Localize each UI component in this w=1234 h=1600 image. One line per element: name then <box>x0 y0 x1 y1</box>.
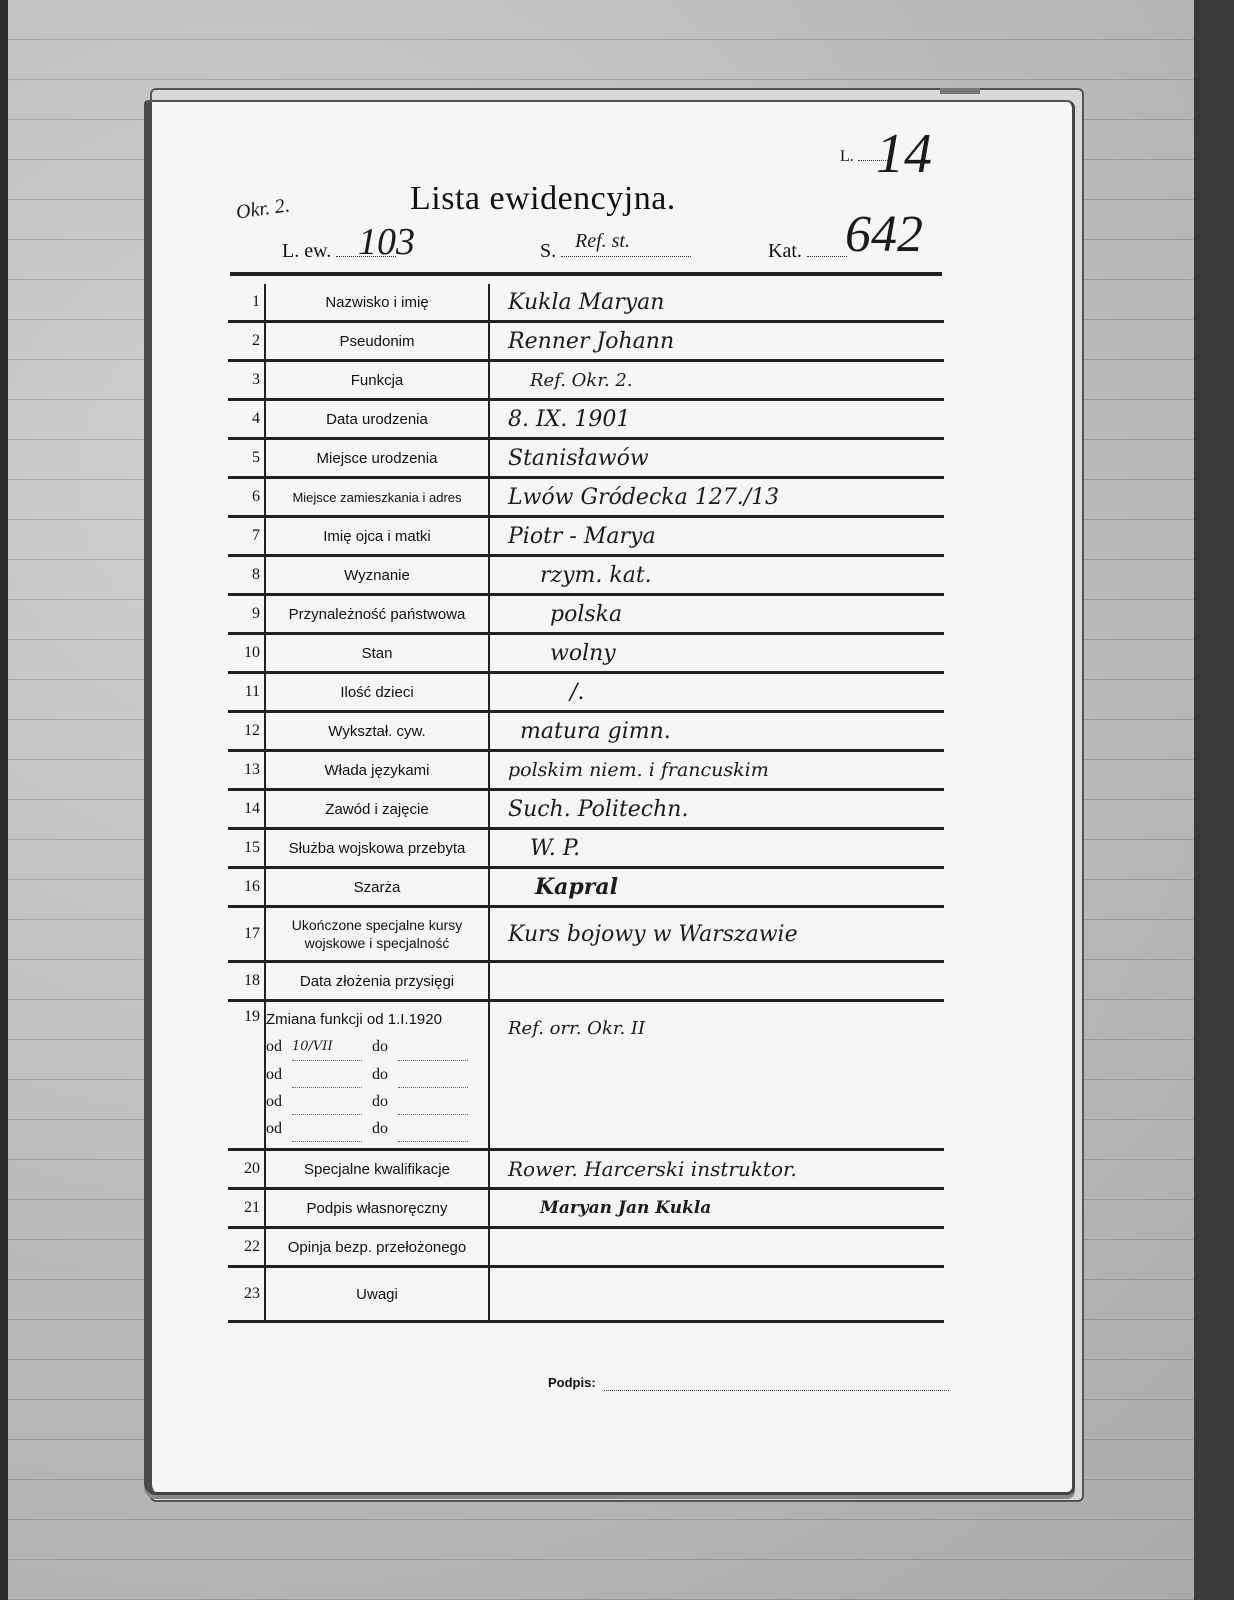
row-number: 9 <box>228 595 265 634</box>
row-number: 20 <box>228 1150 265 1189</box>
table-row: 17 Ukończone specjalne kursy wojskowe i … <box>228 907 944 962</box>
do-value <box>398 1061 468 1088</box>
row-value: Ref. orr. Okr. II <box>489 1001 944 1150</box>
row-number: 14 <box>228 790 265 829</box>
row-number: 21 <box>228 1189 265 1228</box>
row-number: 7 <box>228 517 265 556</box>
do-label: do <box>372 1088 388 1115</box>
table-row: 22 Opinja bezp. przełożonego <box>228 1228 944 1267</box>
table-row: 6 Miejsce zamieszkania i adres Lwów Gród… <box>228 478 944 517</box>
scan-edge-left <box>0 0 8 1600</box>
row-value: Rower. Harcerski instruktor. <box>489 1150 944 1189</box>
row-label: Imię ojca i matki <box>265 517 489 556</box>
row-value: Kurs bojowy w Warszawie <box>489 907 944 962</box>
row-value: /. <box>489 673 944 712</box>
row-number: 1 <box>228 284 265 322</box>
table-row: 23 Uwagi <box>228 1267 944 1322</box>
row-number: 5 <box>228 439 265 478</box>
table-row: 10 Stan wolny <box>228 634 944 673</box>
footer-signature-label: Podpis: <box>548 1375 596 1390</box>
scan-edge-right <box>1194 0 1234 1600</box>
row-label: Ilość dzieci <box>265 673 489 712</box>
kat-field: Kat. <box>768 240 847 263</box>
row-value: wolny <box>489 634 944 673</box>
row-number: 22 <box>228 1228 265 1267</box>
row-label: Funkcja <box>265 361 489 400</box>
table-row: 2 Pseudonim Renner Johann <box>228 322 944 361</box>
row-value: polska <box>489 595 944 634</box>
function-change-cell: Zmiana funkcji od 1.I.1920 od 10/VII do … <box>265 1001 489 1150</box>
row-number: 10 <box>228 634 265 673</box>
od-value <box>292 1115 362 1142</box>
row-label: Miejsce zamieszkania i adres <box>265 478 489 517</box>
row-label: Wykształ. cyw. <box>265 712 489 751</box>
registration-form-table: 1 Nazwisko i imię Kukla Maryan 2 Pseudon… <box>228 284 944 1323</box>
row-label: Podpis własnoręczny <box>265 1189 489 1228</box>
period-row: od do <box>266 1088 488 1115</box>
od-value <box>292 1088 362 1115</box>
od-label: od <box>266 1033 282 1061</box>
row-label: Służba wojskowa przebyta <box>265 829 489 868</box>
row-value <box>489 1267 944 1322</box>
row-label: Szarża <box>265 868 489 907</box>
row-label: Data złożenia przysięgi <box>265 962 489 1001</box>
row-label: Zmiana funkcji od 1.I.1920 <box>266 1006 488 1033</box>
row-number: 2 <box>228 322 265 361</box>
table-row: 1 Nazwisko i imię Kukla Maryan <box>228 284 944 322</box>
s-label: S. <box>540 240 556 262</box>
table-row: 8 Wyznanie rzym. kat. <box>228 556 944 595</box>
do-value <box>398 1088 468 1115</box>
row-value: Lwów Gródecka 127./13 <box>489 478 944 517</box>
row-value: rzym. kat. <box>489 556 944 595</box>
row-value: polskim niem. i francuskim <box>489 751 944 790</box>
row-number: 23 <box>228 1267 265 1322</box>
row-number: 6 <box>228 478 265 517</box>
row-number: 18 <box>228 962 265 1001</box>
row-label: Ukończone specjalne kursy wojskowe i spe… <box>265 907 489 962</box>
row-number: 17 <box>228 907 265 962</box>
header-rule <box>230 272 942 276</box>
kat-value: 642 <box>845 205 923 264</box>
row-label: Data urodzenia <box>265 400 489 439</box>
row-number: 11 <box>228 673 265 712</box>
row-value <box>489 1228 944 1267</box>
row-value: Piotr - Marya <box>489 517 944 556</box>
lew-value: 103 <box>358 220 415 264</box>
row-label: Opinja bezp. przełożonego <box>265 1228 489 1267</box>
row-label: Nazwisko i imię <box>265 284 489 322</box>
table-row: 14 Zawód i zajęcie Such. Politechn. <box>228 790 944 829</box>
period-row: od do <box>266 1115 488 1142</box>
row-number: 12 <box>228 712 265 751</box>
row-label: Stan <box>265 634 489 673</box>
table-row: 16 Szarża Kapral <box>228 868 944 907</box>
kat-label: Kat. <box>768 240 802 262</box>
table-row: 20 Specjalne kwalifikacje Rower. Harcers… <box>228 1150 944 1189</box>
row-value: Renner Johann <box>489 322 944 361</box>
row-number: 16 <box>228 868 265 907</box>
od-label: od <box>266 1061 282 1088</box>
s-value: Ref. st. <box>575 230 630 253</box>
table-row: 3 Funkcja Ref. Okr. 2. <box>228 361 944 400</box>
od-value: 10/VII <box>292 1033 362 1061</box>
do-label: do <box>372 1033 388 1061</box>
table-row: 19 Zmiana funkcji od 1.I.1920 od 10/VII … <box>228 1001 944 1150</box>
signature-value: Maryan Jan Kukla <box>489 1189 944 1228</box>
footer-signature-line <box>604 1390 949 1391</box>
row-label: Włada językami <box>265 751 489 790</box>
table-row: 13 Włada językami polskim niem. i francu… <box>228 751 944 790</box>
row-label: Zawód i zajęcie <box>265 790 489 829</box>
row-label: Wyznanie <box>265 556 489 595</box>
do-label: do <box>372 1115 388 1142</box>
row-number: 13 <box>228 751 265 790</box>
folder-tab <box>940 88 980 94</box>
row-value: 8. IX. 1901 <box>489 400 944 439</box>
table-row: 11 Ilość dzieci /. <box>228 673 944 712</box>
row-number: 4 <box>228 400 265 439</box>
l-label: L. <box>840 148 854 165</box>
row-value: Ref. Okr. 2. <box>489 361 944 400</box>
row-value: Such. Politechn. <box>489 790 944 829</box>
row-value: Kukla Maryan <box>489 284 944 322</box>
row-value: W. P. <box>489 829 944 868</box>
row-label: Specjalne kwalifikacje <box>265 1150 489 1189</box>
document-title: Lista ewidencyjna. <box>410 180 676 218</box>
row-value: matura gimn. <box>489 712 944 751</box>
table-row: 5 Miejsce urodzenia Stanisławów <box>228 439 944 478</box>
row-value: Stanisławów <box>489 439 944 478</box>
period-row: od do <box>266 1061 488 1088</box>
l-value: 14 <box>876 122 932 186</box>
row-value <box>489 962 944 1001</box>
row-number: 8 <box>228 556 265 595</box>
table-row: 7 Imię ojca i matki Piotr - Marya <box>228 517 944 556</box>
od-value <box>292 1061 362 1088</box>
row-label: Miejsce urodzenia <box>265 439 489 478</box>
do-value <box>398 1115 468 1142</box>
od-label: od <box>266 1115 282 1142</box>
table-row: 18 Data złożenia przysięgi <box>228 962 944 1001</box>
row-label: Pseudonim <box>265 322 489 361</box>
row-number: 3 <box>228 361 265 400</box>
row-label: Uwagi <box>265 1267 489 1322</box>
kat-dots <box>807 256 847 257</box>
table-row: 4 Data urodzenia 8. IX. 1901 <box>228 400 944 439</box>
row-label: Przynależność państwowa <box>265 595 489 634</box>
do-label: do <box>372 1061 388 1088</box>
table-row: 9 Przynależność państwowa polska <box>228 595 944 634</box>
do-value <box>398 1033 468 1061</box>
row-number: 19 <box>228 1001 265 1150</box>
s-dots <box>561 256 691 257</box>
table-row: 15 Służba wojskowa przebyta W. P. <box>228 829 944 868</box>
period-row: od 10/VII do <box>266 1033 488 1061</box>
od-label: od <box>266 1088 282 1115</box>
lew-label: L. ew. <box>282 240 331 262</box>
row-number: 15 <box>228 829 265 868</box>
row-value: Kapral <box>489 868 944 907</box>
table-row: 12 Wykształ. cyw. matura gimn. <box>228 712 944 751</box>
table-row: 21 Podpis własnoręczny Maryan Jan Kukla <box>228 1189 944 1228</box>
